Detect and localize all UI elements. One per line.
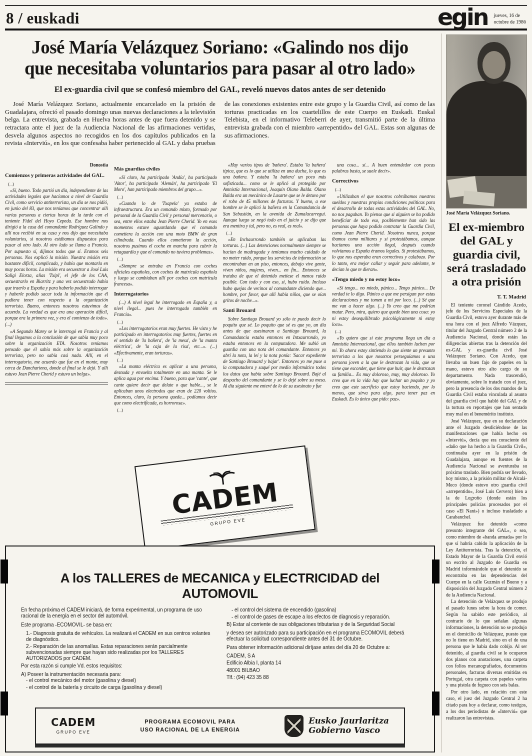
- ellipsis-marker: (...): [335, 187, 435, 193]
- govt-name-line-2: Gobierno Vasco: [309, 726, 389, 735]
- paragraph: «La manta eléctrica es aplicar a una per…: [114, 364, 217, 407]
- ad-paragraph: Este programa -ECOMOVIL- se basa en:: [21, 622, 214, 628]
- headline-line-2: que necesitaba voluntarios para pasar al…: [5, 58, 435, 79]
- ellipsis-marker: (...): [117, 194, 217, 200]
- ellipsis-marker: (...): [117, 257, 217, 263]
- basque-govt-shield-icon: [285, 715, 304, 737]
- corner-mark: [432, 560, 440, 584]
- ad-right-column: - el control del sistema de encendido (g…: [227, 608, 420, 693]
- paragraph: Sobre Santiago Brouard yo sólo te puedo …: [223, 317, 326, 390]
- headline-line-1: José María Velázquez Soriano: «Galindo n…: [5, 37, 435, 58]
- photo-figure-torso: [447, 81, 527, 179]
- section-heading: Comienzos y primeras actividades del GAL…: [5, 172, 108, 179]
- basque-government-block: Eusko Jaurlaritza Gobierno Vasco: [285, 715, 389, 737]
- ellipsis-marker: (...): [117, 357, 217, 363]
- lead-paragraph: José María Velázquez Soriano, actualment…: [5, 101, 435, 148]
- section-heading: «Tengo miedo y no estoy loco»: [332, 276, 435, 283]
- byline: T. T. Madrid: [446, 294, 526, 300]
- paragraph: «Los interrogatorios eran muy fuertes. H…: [114, 326, 217, 356]
- newspaper-page: 8 / euskadi egin jueves, 16 de octubre d…: [0, 0, 532, 756]
- ad-box: A los TALLERES de MECANICA y ELECTRICIDA…: [5, 546, 435, 753]
- ad-paragraph: Por esta razón si cumple Vd. estos requi…: [21, 663, 214, 669]
- sidebar-headline: El ex-miembro del GAL y guardia civil, s…: [446, 221, 527, 289]
- ellipsis-marker: (...): [226, 231, 326, 237]
- sidebar-paragraph: La detención de Velázquez se produjo el …: [446, 599, 527, 689]
- paragraph: (...) A nivel legal he interrogado en Es…: [114, 300, 217, 318]
- article-column-2: Más guardias civiles «Sí claro, ha parti…: [114, 163, 217, 452]
- sidebar-paragraph: El teniente coronel Cándido Acedo, jefe …: [446, 302, 527, 418]
- section-heading: Santi Brouard: [223, 308, 326, 315]
- section-heading: Correctivos: [332, 178, 435, 185]
- section-heading: Interrogatorios: [114, 291, 217, 298]
- ad-address-line: CADEM, S A: [227, 654, 420, 660]
- page-sheet: 8 / euskadi egin jueves, 16 de octubre d…: [0, 0, 532, 756]
- page-section-label: 8 / euskadi: [6, 9, 79, 27]
- paragraph: una cosa... sí... A buen entendedor con …: [332, 163, 435, 175]
- program-line-2: USO RACIONAL DE LA ENERGIA: [140, 726, 240, 734]
- sidebar-paragraph: José Velázquez, que en su declaración an…: [446, 418, 527, 521]
- sidebar-article: José María Velázquez Soriano. El ex-miem…: [441, 33, 527, 752]
- ad-list-item: - el control de gases de escape a los ef…: [232, 615, 420, 621]
- ad-list-item: - el control mecánico del motor (gasolin…: [26, 678, 214, 684]
- paragraph: «Yo quiero que si este programa llega un…: [332, 336, 435, 403]
- photo-papers: [463, 191, 495, 207]
- photo: [446, 34, 527, 208]
- ad-paragraph: B) Estar al corriente de sus obligacione…: [227, 622, 420, 628]
- ad-list-item: - el control de la batería y circuito de…: [26, 685, 214, 691]
- photo-caption: José María Velázquez Soriano.: [446, 210, 527, 216]
- photo-figure-face: [483, 51, 506, 79]
- ad-paragraph: Para obtener información adicional diríj…: [227, 645, 420, 651]
- edition-date: jueves, 16 de octubre de 1986: [494, 12, 526, 27]
- article-subheadline: El ex-guardia civil que se confesó miemb…: [18, 85, 422, 95]
- masthead-right: egin jueves, 16 de octubre de 1986: [437, 8, 526, 27]
- ad-list-item: 2.- Reparación de las anomalías. Estas r…: [26, 644, 214, 662]
- ad-list-item: - el control del sistema de encendido (g…: [232, 608, 420, 614]
- paragraph: «Cuando lo de 'Txapela' ya estaba de inf…: [114, 201, 217, 256]
- ad-address-line: Edificio Albia I, planta 14: [227, 661, 420, 667]
- cadem-logo-text: CADEM: [51, 718, 96, 729]
- corner-mark: [1, 560, 9, 584]
- sidebar-paragraph: Por otro lado, en relación con este caso…: [446, 690, 527, 722]
- paragraph: «Siempre se entraba en Francia con coche…: [114, 263, 217, 287]
- cadem-footer-logo: CADEM GRUPO EVE: [51, 718, 96, 735]
- article-column-1: Donostia Comienzos y primeras actividade…: [5, 163, 108, 452]
- article-headline: José María Velázquez Soriano: «Galindo n…: [5, 37, 435, 79]
- ad-address-line: Tlf.: (94) 423 35 88: [227, 675, 420, 681]
- cadem-card-logo: CADEM GRUPO EVE: [134, 445, 315, 550]
- dateline: Donostia: [5, 163, 108, 169]
- main-article: José María Velázquez Soriano: «Galindo n…: [5, 33, 435, 752]
- grupo-eve-label: GRUPO EVE: [51, 730, 96, 735]
- paragraph: «Sí claro, ha participado 'Andía', ha pa…: [114, 175, 217, 193]
- basque-govt-name: Eusko Jaurlaritza Gobierno Vasco: [309, 717, 389, 736]
- corner-mark: [432, 692, 440, 716]
- ellipsis-marker: (...): [335, 329, 435, 335]
- advertisement: CADEM GRUPO EVE A los TALLERES de MECANI…: [5, 546, 435, 753]
- newspaper-logo: egin: [437, 8, 487, 27]
- ellipsis-marker: (...): [8, 181, 108, 187]
- paragraph: «Sí, bueno. Todo partió un día, independ…: [5, 188, 108, 328]
- program-line-1: PROGRAMA ECOMOVIL PARA: [140, 718, 240, 726]
- corner-mark: [1, 692, 9, 716]
- program-label: PROGRAMA ECOMOVIL PARA USO RACIONAL DE L…: [140, 718, 240, 735]
- paragraph: «Hay varios tipos de 'bañera'. Estaba 'l…: [223, 163, 326, 230]
- paragraph: «A Segundo Marey se le interrogó en Fran…: [5, 329, 108, 378]
- masthead: 8 / euskadi egin jueves, 16 de octubre d…: [5, 5, 527, 30]
- paragraph: «En Inchaurrondo también se aplicaban la…: [223, 237, 326, 304]
- ad-left-column: En fecha próxima el CADEM iniciará, de f…: [21, 608, 214, 693]
- ellipsis-marker: (...): [117, 319, 217, 325]
- ad-list-item: 1.- Diagnosis gratuita de vehículos. La …: [26, 631, 214, 643]
- ad-paragraph: y desea ser autorizado para su participa…: [227, 630, 420, 642]
- ad-footer: CADEM GRUPO EVE PROGRAMA ECOMOVIL PARA U…: [35, 708, 405, 745]
- article-column-4: una cosa... sí... A buen entendedor con …: [332, 163, 435, 452]
- paragraph: «Sí tengo... no miedo, pánico... Tengo p…: [332, 285, 435, 328]
- article-lead: José María Velázquez Soriano, actualment…: [5, 101, 435, 159]
- sidebar-body: El teniente coronel Cándido Acedo, jefe …: [446, 302, 527, 722]
- ad-address-line: 48001 BILBAO: [227, 668, 420, 674]
- section-heading: Más guardias civiles: [114, 166, 217, 173]
- ad-paragraph: En fecha próxima el CADEM iniciará, de f…: [21, 608, 214, 620]
- date-line-2: octubre de 1986: [494, 19, 526, 26]
- article-column-3: «Hay varios tipos de 'bañera'. Estaba 'l…: [223, 163, 326, 452]
- ad-body: En fecha próxima el CADEM iniciará, de f…: [21, 608, 419, 693]
- ad-title: A los TALLERES de MECANICA y ELECTRICIDA…: [21, 571, 419, 602]
- ellipsis-marker: (...): [117, 408, 217, 414]
- sidebar-paragraph: Velázquez fue detenido «como presunto in…: [446, 522, 527, 599]
- column-end-rule: [5, 383, 108, 385]
- article-body: Donostia Comienzos y primeras actividade…: [5, 163, 435, 452]
- paragraph: «Utilizaban el que nosotros cobrábamos n…: [332, 194, 435, 273]
